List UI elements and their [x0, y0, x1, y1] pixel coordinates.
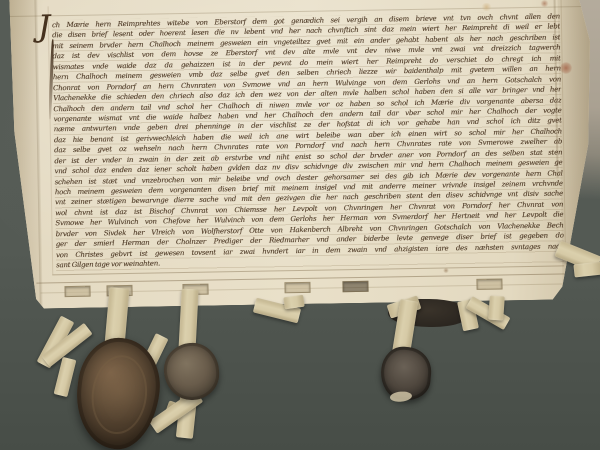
charter-photograph: J ch Mærie hern Reimprehtes witebe von E…: [0, 0, 600, 450]
left-edge-shading: [1, 0, 40, 309]
medium-round-wax-seal: [162, 341, 221, 402]
parchment-stain: [443, 268, 449, 273]
ink-stain: [560, 62, 572, 74]
manuscript-text-block: ch Mærie hern Reimprehtes witebe von Ebe…: [52, 11, 564, 274]
illuminated-initial: J: [38, 12, 51, 42]
small-dark-wax-seal: [379, 345, 433, 402]
plica-slit: [476, 278, 502, 289]
parchment-tag-strip: [488, 296, 505, 321]
parchment-tag-fold: [283, 295, 304, 310]
plica-slit: [284, 282, 310, 293]
plica-slit: [64, 286, 90, 297]
ink-stain: [540, 0, 549, 7]
parchment-sheet: J ch Mærie hern Reimprehtes witebe von E…: [1, 0, 597, 309]
corner-tag-fold: [573, 262, 600, 278]
parchment-tag-strip: [54, 357, 77, 397]
parchment-stain: [481, 3, 492, 11]
plica-slit-open: [342, 281, 368, 292]
